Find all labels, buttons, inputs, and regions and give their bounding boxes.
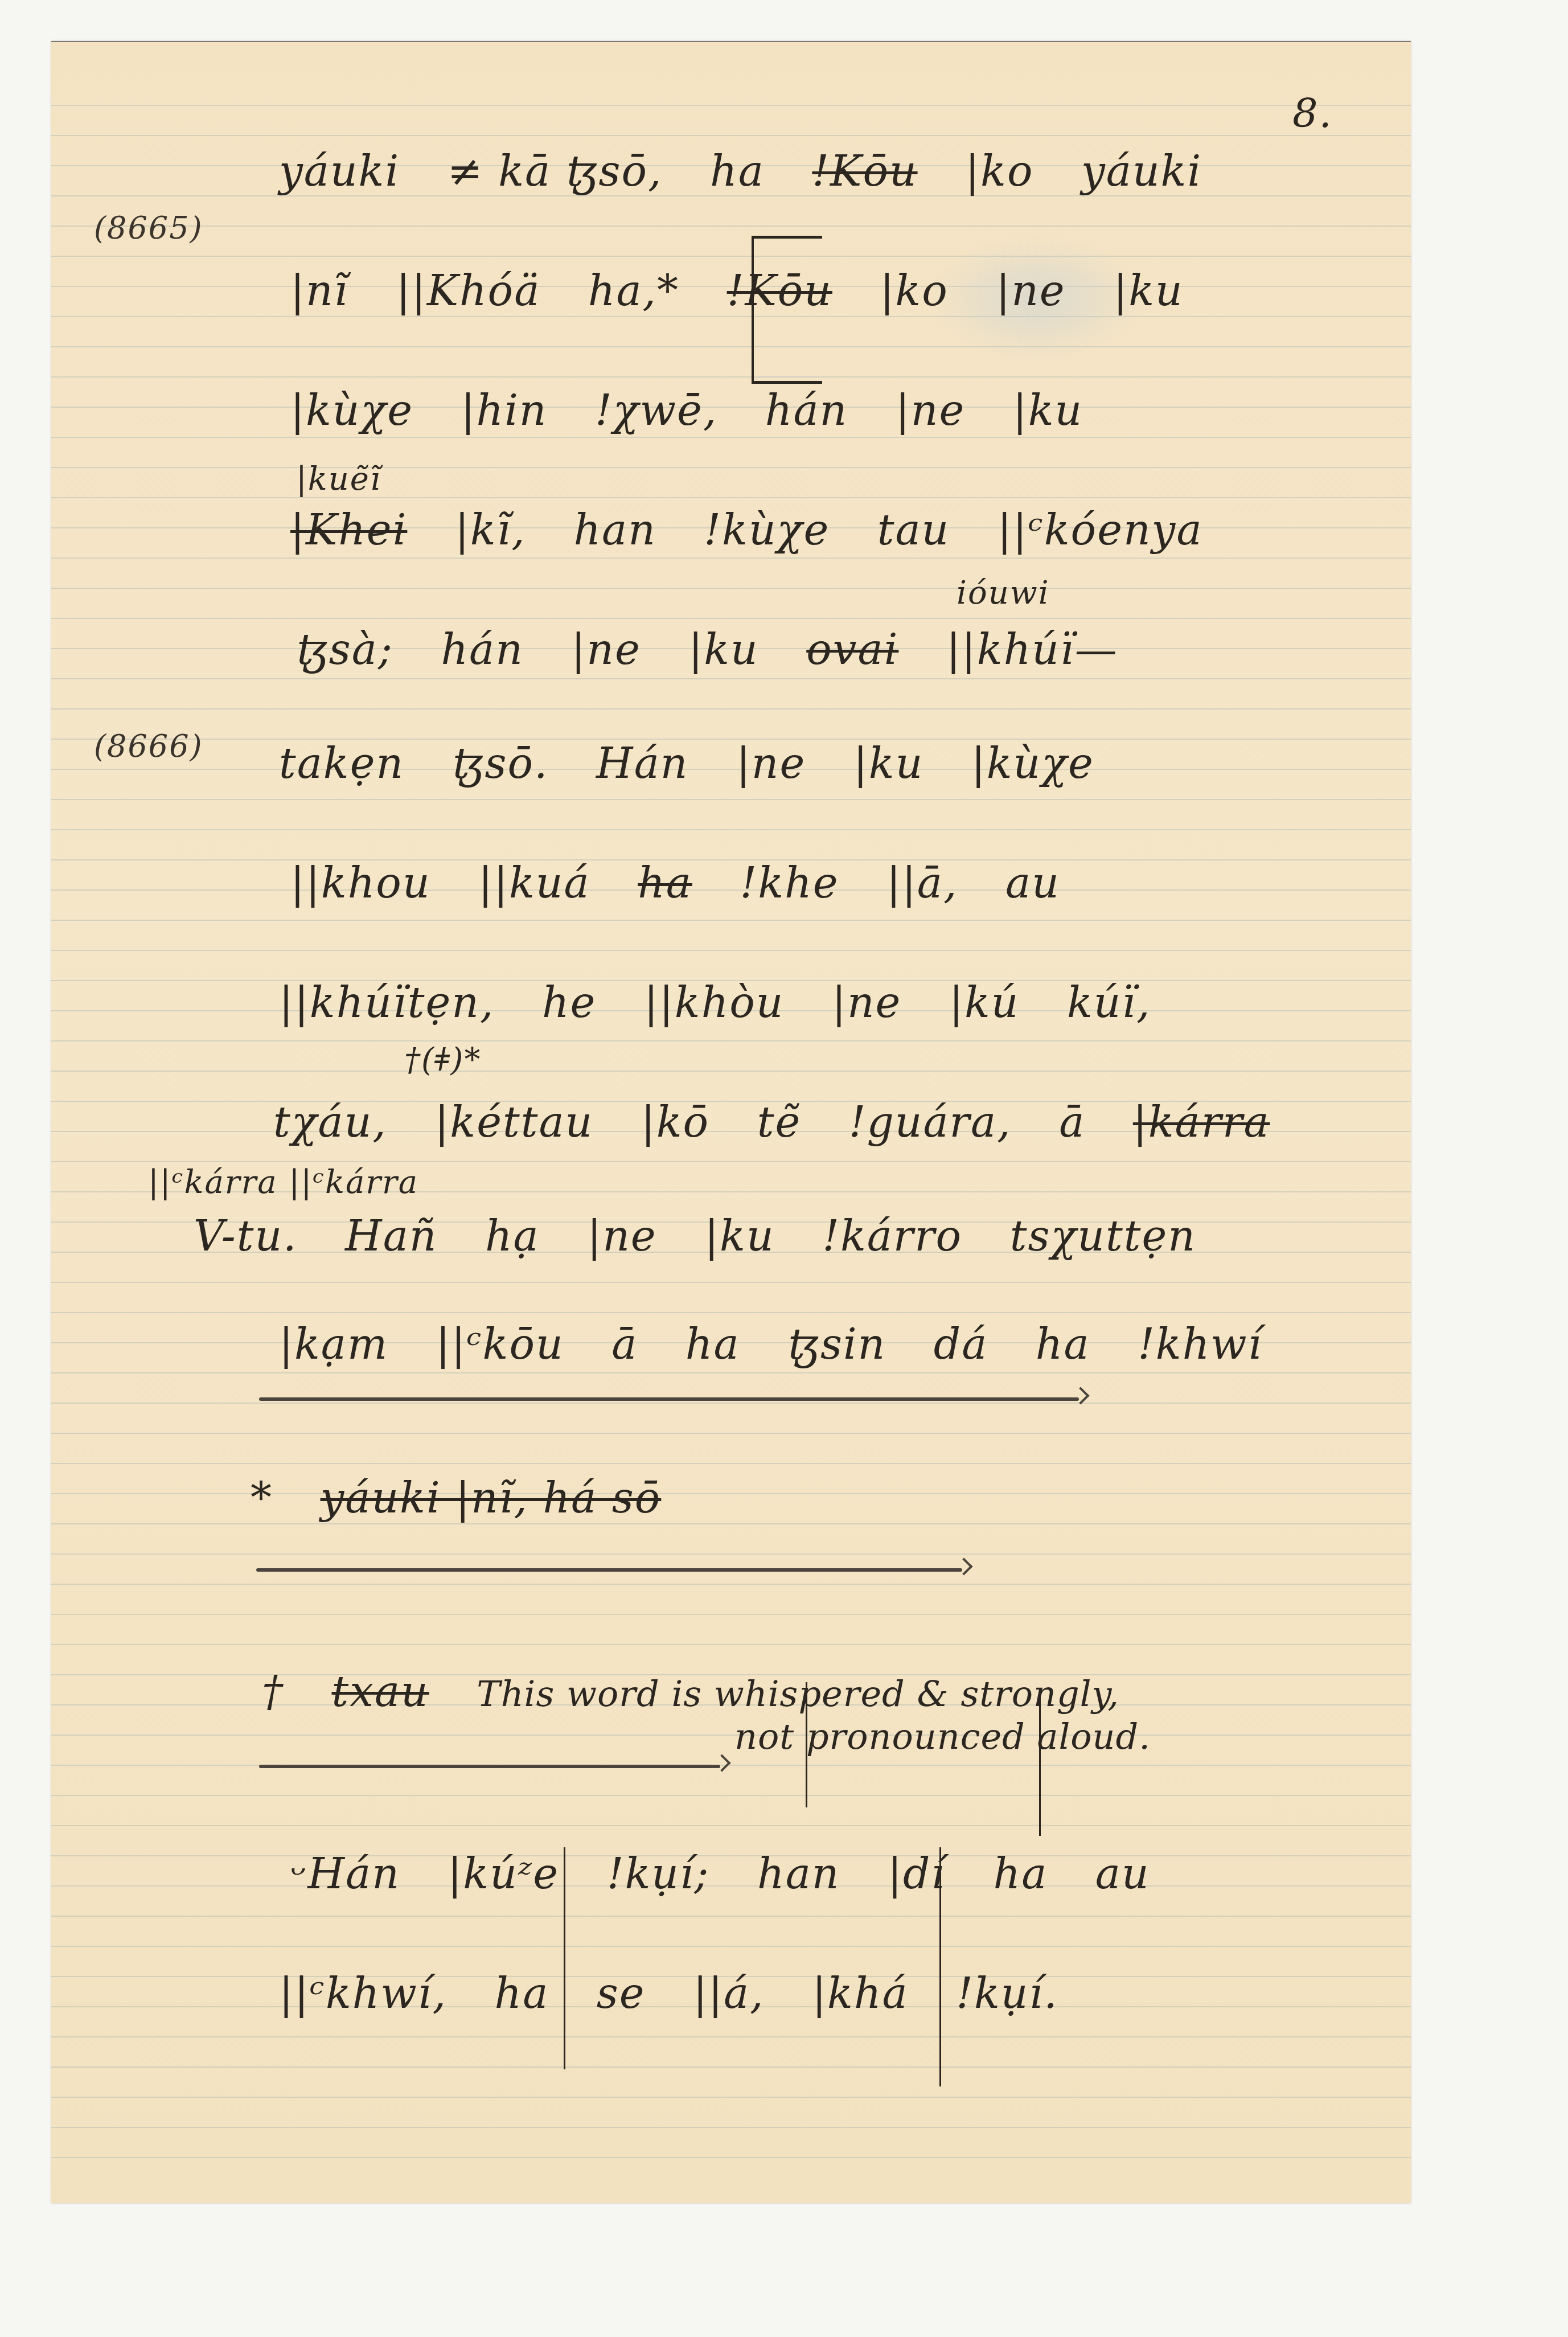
ruled-line [51, 1312, 1411, 1313]
word: |kùχe [971, 743, 1094, 785]
ruled-line [51, 437, 1411, 438]
ruled-line [51, 105, 1411, 106]
division-line [806, 1682, 807, 1807]
footnote-asterisk: * yáuki |nĩ, há sō [251, 1477, 661, 1519]
word: |hin [461, 389, 548, 432]
ruled-line [51, 1282, 1411, 1283]
ruled-line [51, 2097, 1411, 2098]
word: |ku [688, 629, 758, 671]
ruled-line [51, 920, 1411, 921]
ruled-line [51, 557, 1411, 559]
word: |nĩ [290, 270, 348, 312]
footnote-dagger: † txau This word is whispered & strongly… [262, 1671, 1119, 1713]
ruled-line [51, 1584, 1411, 1585]
word: ᵕHán [290, 1853, 400, 1895]
ruled-line [51, 135, 1411, 136]
ruled-line [51, 1372, 1411, 1373]
ruled-line [51, 1946, 1411, 1947]
ruled-line [51, 2036, 1411, 2037]
page-number: 8. [1292, 93, 1333, 133]
word: kúï, [1067, 982, 1151, 1024]
word: |ku [1013, 389, 1083, 432]
word: !kụí. [956, 1973, 1058, 2015]
word: ||khúï— [946, 629, 1118, 671]
word: ||ᶜkhwí, [279, 1973, 447, 2015]
text-line-3: |kùχe |hin !χwē, hán |ne |ku [290, 389, 1083, 432]
word: |khá [812, 1973, 909, 2015]
struck-word: ha [638, 862, 692, 904]
separator-arrow [256, 1568, 962, 1572]
insertion-marks: †(ǂ)* [404, 1044, 481, 1076]
word: ||Khóä [396, 270, 540, 312]
ruled-line [51, 376, 1411, 378]
word: |kạm [279, 1323, 388, 1366]
insertion-bracket [752, 236, 822, 384]
ruled-line [51, 829, 1411, 830]
word: ha [710, 150, 765, 192]
word: tẽ [757, 1101, 802, 1143]
ruled-line [51, 497, 1411, 498]
ruled-line [51, 1825, 1411, 1826]
margin-ref-8665: (8665) [94, 213, 203, 244]
word: ||khòu [644, 982, 785, 1024]
word: tχáu, [273, 1101, 387, 1143]
ruled-line [51, 1614, 1411, 1615]
ruled-line [51, 618, 1411, 619]
word: ha [686, 1323, 740, 1366]
word: au [1005, 862, 1060, 904]
text-line-6: takẹn ꜩsō. Hán |ne |ku |kùχe [279, 743, 1094, 785]
ruled-line [51, 2067, 1411, 2068]
text-line-10: V-tu. Hañ hạ |ne |ku !kárro tsχuttẹn [194, 1215, 1196, 1257]
word: ha [1036, 1323, 1090, 1366]
word: !kụí; [607, 1853, 710, 1895]
footnote-marker: † [262, 1671, 284, 1713]
ruled-line [51, 2127, 1411, 2128]
ruled-line [51, 1765, 1411, 1766]
word: ꜩsin [787, 1323, 886, 1366]
ruled-line [51, 1644, 1411, 1645]
word: ||kuá [478, 862, 590, 904]
text-line-2: |nĩ ||Khóä ha,* !Kōu |ko |ne |ku [290, 270, 1184, 312]
ruled-line [51, 950, 1411, 951]
text-line-9: tχáu, |kéttau |kō tẽ !guára, ā |kárra [273, 1101, 1270, 1143]
word: tau [877, 509, 950, 551]
struck-word: |Khei [290, 509, 407, 551]
word: ||ᶜkóenya [998, 509, 1203, 551]
word: !khwí [1138, 1323, 1262, 1366]
word: !kùχe [704, 509, 830, 551]
text-line-11: |kạm ||ᶜkōu ā ha ꜩsin dá ha !khwí [279, 1323, 1262, 1366]
word: |ko [965, 150, 1033, 192]
ruled-line [51, 467, 1411, 468]
word: ≠ kā ꜩsō, [448, 150, 663, 192]
word: |dí [888, 1853, 946, 1895]
struck-word: |kárra [1133, 1101, 1270, 1143]
word: ||á, [693, 1973, 765, 2015]
word: he [542, 982, 596, 1024]
ruled-line [51, 1916, 1411, 1917]
word: |ku [853, 743, 923, 785]
struck-footnote-text: yáuki |nĩ, há sō [321, 1477, 662, 1519]
footnote-note-line-1: This word is whispered & strongly, [477, 1673, 1119, 1715]
word: ha,* [588, 270, 679, 312]
text-line-8: ||khúïtẹn, he ||khòu |ne |kú kúï, [279, 982, 1151, 1024]
word: |ku [704, 1215, 774, 1257]
word: han [573, 509, 656, 551]
interlinear-correction: |kuẽĩ [296, 464, 381, 495]
footnote-marker: * [251, 1477, 273, 1519]
word: |kúᶻe [448, 1853, 559, 1895]
word: hạ [485, 1215, 540, 1257]
word: |kĩ, [455, 509, 526, 551]
text-line-12: ᵕHán |kúᶻe !kụí; han |dí ha au [290, 1853, 1150, 1895]
text-line-1: yáuki ≠ kā ꜩsō, ha !Kōu |ko yáuki [279, 150, 1202, 192]
division-line [1039, 1688, 1041, 1836]
word: ||khou [290, 862, 431, 904]
word: ||ā, [886, 862, 958, 904]
interlinear-correction: ||ᶜkárra ||ᶜkárra [148, 1167, 418, 1199]
word: |ku [1113, 270, 1183, 312]
word: ꜩsà; [296, 629, 393, 671]
word: Hán [596, 743, 688, 785]
word: ||khúïtẹn, [279, 982, 494, 1024]
word: |ne [587, 1215, 656, 1257]
ruled-line [51, 1463, 1411, 1464]
ruled-line [51, 799, 1411, 800]
footnote-note-line-2: not pronounced aloud. [734, 1719, 1151, 1754]
word: yáuki [279, 150, 400, 192]
word: tsχuttẹn [1010, 1215, 1196, 1257]
word: |kú [949, 982, 1019, 1024]
separator-arrow [259, 1765, 720, 1768]
ruled-line [51, 1523, 1411, 1524]
word: |ne [571, 629, 641, 671]
word: se [597, 1973, 646, 2015]
ruled-line [51, 1735, 1411, 1736]
text-line-7: ||khou ||kuá ha !khe ||ā, au [290, 862, 1060, 904]
ruled-line [51, 1433, 1411, 1434]
ruled-line [51, 1040, 1411, 1042]
word: |ko [880, 270, 948, 312]
ruled-line [51, 346, 1411, 347]
word: V-tu. [194, 1215, 298, 1257]
word: ha [994, 1853, 1048, 1895]
word: Hañ [345, 1215, 437, 1257]
word: han [757, 1853, 840, 1895]
word: |kùχe [290, 389, 413, 432]
word: !guára, [849, 1101, 1012, 1143]
ruled-line [51, 588, 1411, 589]
word: !kárro [822, 1215, 962, 1257]
text-line-5: ꜩsà; hán |ne |ku ovai ||khúï— [296, 629, 1118, 671]
word: |ne [736, 743, 806, 785]
ruled-line [51, 1161, 1411, 1162]
word: hán [441, 629, 523, 671]
word: !χwē, [595, 389, 717, 432]
word: dá [934, 1323, 988, 1366]
word: ā [611, 1323, 638, 1366]
word: |kō [641, 1101, 709, 1143]
struck-footnote-text: txau [332, 1671, 429, 1713]
ruled-line [51, 2157, 1411, 2158]
word: ha [495, 1973, 549, 2015]
struck-word: ovai [806, 629, 898, 671]
text-line-13: ||ᶜkhwí, ha se ||á, |khá !kụí. [279, 1973, 1058, 2015]
word: hán [765, 389, 848, 432]
manuscript-page: 8. (8665) (8666) yáuki ≠ kā ꜩsō, ha !Kōu… [51, 41, 1411, 2203]
ruled-line [51, 1553, 1411, 1555]
word: |ne [996, 270, 1065, 312]
ruled-line [51, 678, 1411, 679]
word: |ne [896, 389, 965, 432]
word: takẹn [279, 743, 404, 785]
ruled-line [51, 1795, 1411, 1796]
word: ꜩsō. [452, 743, 549, 785]
margin-ref-8666: (8666) [94, 731, 203, 762]
ruled-line [51, 316, 1411, 317]
word: !Kōu [812, 150, 917, 192]
word: !khe [740, 862, 839, 904]
word: |kéttau [434, 1101, 593, 1143]
word: ||ᶜkōu [436, 1323, 564, 1366]
word: |ne [832, 982, 901, 1024]
ruled-line [51, 708, 1411, 710]
word: yáuki [1081, 150, 1202, 192]
separator-arrow [259, 1397, 1079, 1401]
word: au [1095, 1853, 1150, 1895]
text-line-4: |Khei |kĩ, han !kùχe tau ||ᶜkóenya [290, 509, 1203, 551]
ruled-line [51, 256, 1411, 257]
ruled-line [51, 1071, 1411, 1072]
interlinear-correction: ióuwi [957, 577, 1050, 609]
ruled-line [51, 225, 1411, 227]
word: ā [1059, 1101, 1085, 1143]
ruled-line [51, 1403, 1411, 1404]
